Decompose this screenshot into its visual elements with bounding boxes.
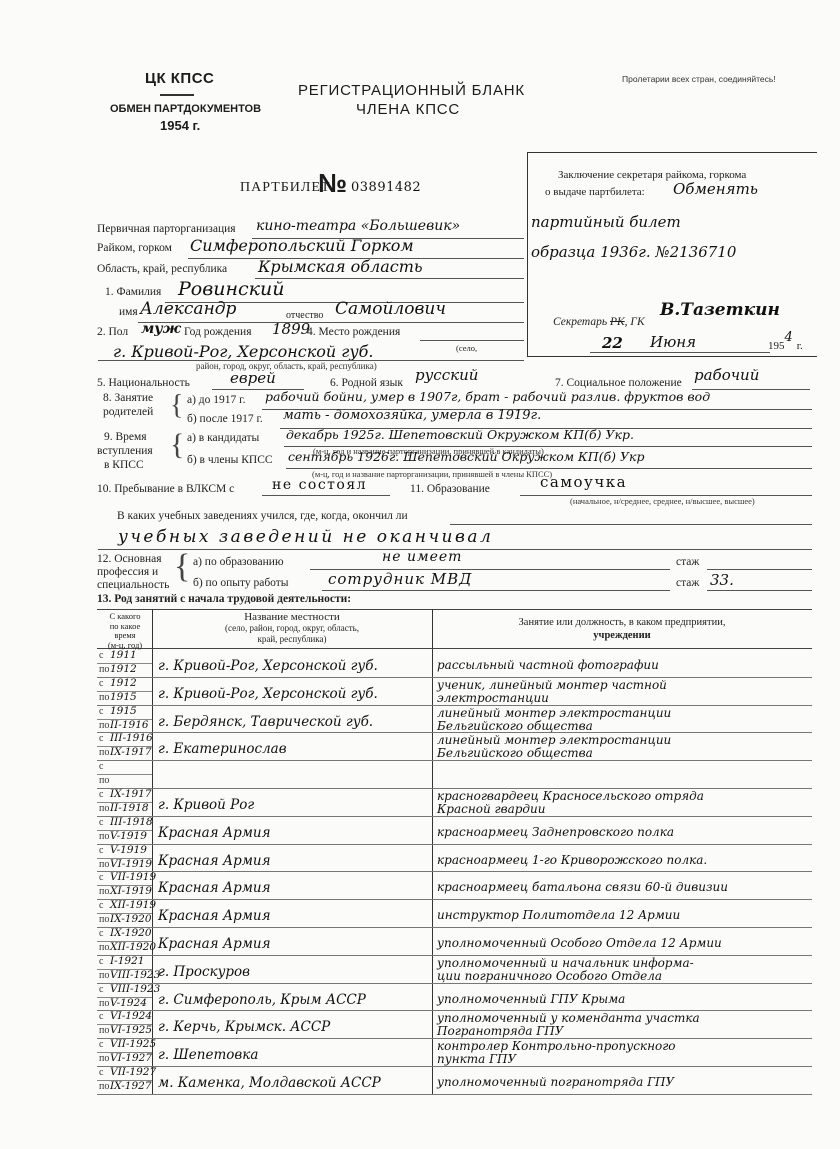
schools-value: учебных заведений не оканчивал: [118, 527, 493, 547]
row-prefix-from: с: [99, 1067, 103, 1078]
row-date-from: III-1918: [110, 816, 153, 828]
parents-a-value: рабочий бойни, умер в 1907г, брат - рабо…: [265, 389, 710, 404]
raikom-label: Райком, горком: [97, 242, 172, 254]
language-label: 6. Родной язык: [330, 377, 403, 389]
sex-label: 2. Пол: [97, 326, 128, 338]
secretary-box-bottom: [527, 356, 817, 357]
row-place: г. Кривой-Рог, Херсонской губ.: [158, 658, 378, 674]
row-place: Красная Армия: [158, 825, 271, 841]
vlksm-underline: [262, 495, 390, 496]
row-job-line-1: красноармеец Заднепровского полка: [437, 825, 674, 839]
parents-b-value: мать - домохозяйка, умерла в 1919г.: [283, 408, 541, 423]
row-job-line-2: Погранотряда ГПУ: [437, 1024, 563, 1038]
primary-org-value: кино-театра «Большевик»: [256, 218, 460, 234]
row-prefix-from: с: [99, 678, 103, 689]
row-date-from: VIII-1923: [110, 983, 160, 995]
col-place-hint-1: (село, район, город, округ, область,: [152, 623, 432, 634]
row-job-line-2: Бельгийского общества: [437, 719, 593, 733]
row-place: г. Симферополь, Крым АССР: [158, 992, 366, 1008]
row-date-from: IX-1920: [110, 927, 152, 939]
table-header-bottom: [97, 648, 812, 649]
form-title-line1: РЕГИСТРАЦИОННЫЙ БЛАНК: [298, 82, 525, 99]
row-job-line-1: уполномоченный погранотряда ГПУ: [437, 1075, 674, 1089]
language-value: русский: [415, 366, 478, 384]
year-suffix: 4: [785, 330, 793, 345]
row-prefix-to: по: [99, 970, 109, 981]
row-job-line-2: Красной гвардии: [437, 802, 545, 816]
row-date-from: III-1916: [110, 732, 153, 744]
row-job-line-1: уполномоченный ГПУ Крыма: [437, 992, 625, 1006]
secretary-signature: В.Тазеткин: [660, 300, 780, 320]
nationality-value: еврей: [230, 369, 276, 387]
parents-label-2: родителей: [103, 406, 153, 418]
oblast-value: Крымская область: [258, 257, 423, 276]
row-prefix-to: по: [99, 998, 109, 1009]
row-job-line-1: уполномоченный у коменданта участка: [437, 1011, 700, 1025]
prof-a-label: а) по образованию: [193, 556, 284, 568]
row-job-line-1: уполномоченный Особого Отдела 12 Армии: [437, 936, 722, 950]
row-prefix-from: с: [99, 900, 103, 911]
date-month: Июня: [650, 333, 696, 351]
rk-struck: РК: [610, 316, 625, 328]
secretary-box-left: [527, 152, 528, 356]
profession-label-2: профессия и: [97, 566, 158, 578]
date-year: 1954г.: [768, 338, 803, 353]
date-underline: [590, 352, 770, 353]
col-period-header: С какого по какое время (м-ц, год): [98, 612, 152, 650]
row-prefix-to: по: [99, 914, 109, 925]
row-date-from: XII-1919: [110, 899, 156, 911]
join-label-1: 9. Время: [104, 431, 147, 443]
prof-b-underline: [322, 590, 670, 591]
join-label-2: вступления: [97, 445, 153, 457]
row-place: г. Керчь, Крымск. АССР: [158, 1019, 330, 1035]
profession-brace: {: [174, 548, 190, 586]
join-brace: {: [170, 428, 184, 462]
row-job-line-1: уполномоченный и начальник информа-: [437, 956, 694, 970]
col-job-header: Занятие или должность, в каком предприят…: [432, 616, 812, 642]
row-place: г. Кривой Рог: [158, 797, 254, 813]
row-date-from: IX-1917: [110, 788, 152, 800]
row-date-to: 1915: [110, 691, 137, 703]
profession-label-3: специальность: [97, 579, 169, 591]
row-job-line-1: красногвардеец Красносельского отряда: [437, 789, 704, 803]
table-col-divider-1: [152, 609, 153, 1095]
col-place-hint-2: край, республика): [152, 634, 432, 645]
row-prefix-from: с: [99, 928, 103, 939]
row-place: м. Каменка, Молдавской АССР: [158, 1075, 381, 1091]
parents-brace: {: [170, 390, 183, 422]
row-date-from: 1911: [110, 649, 137, 661]
year-prefix: 195: [768, 340, 785, 352]
prof-a-value: не имеет: [382, 549, 462, 565]
birthplace-underline-1: [420, 340, 524, 341]
prof-b-stazh-label: стаж: [676, 577, 699, 589]
row-date-from: 1915: [110, 705, 137, 717]
row-prefix-to: по: [99, 831, 109, 842]
row-job-line-1: линейный монтер электростанции: [437, 733, 671, 747]
row-prefix-from: с: [99, 706, 103, 717]
row-prefix-from: с: [99, 789, 103, 800]
row-date-from: 1912: [110, 677, 137, 689]
join-a-value: декабрь 1925г. Шепетовский Окружком КП(б…: [286, 427, 634, 442]
parents-b-label: б) после 1917 г.: [187, 413, 263, 425]
row-place: г. Шепетовка: [158, 1047, 258, 1063]
row-date-from: VI-1924: [110, 1010, 152, 1022]
patronymic-value: Самойлович: [335, 299, 446, 319]
primary-org-label: Первичная парторганизация: [97, 223, 236, 235]
row-prefix-to: по: [99, 886, 109, 897]
row-prefix-to: по: [99, 775, 109, 786]
gk-label: , ГК: [625, 316, 645, 328]
prof-b-label: б) по опыту работы: [193, 577, 289, 589]
row-place: Красная Армия: [158, 853, 271, 869]
join-b-value: сентябрь 1926г. Шепетовский Окружком КП(…: [288, 449, 644, 464]
form-title-line2: ЧЛЕНА КПСС: [356, 101, 460, 118]
col-place-header: Название местности (село, район, город, …: [152, 612, 432, 645]
table-col-divider-2: [432, 609, 433, 1095]
birthplace-label: 4. Место рождения: [307, 326, 400, 338]
row-job-line-1: контролер Контрольно-пропускного: [437, 1039, 676, 1053]
org-underline: [160, 94, 194, 96]
row-prefix-from: с: [99, 1011, 103, 1022]
conclusion-line-1: Обменять: [673, 180, 758, 198]
row-job-line-2: пункта ГПУ: [437, 1052, 516, 1066]
schools-underline-1: [450, 524, 812, 525]
prof-a-stazh-underline: [707, 569, 812, 570]
secretary-box-title-2: о выдаче партбилета:: [545, 186, 645, 198]
secretary-box-top: [527, 152, 817, 153]
slogan: Пролетарии всех стран, соединяйтесь!: [622, 74, 776, 84]
row-place: г. Екатеринослав: [158, 741, 287, 757]
join-b-label: б) в члены КПСС: [187, 454, 273, 466]
row-job-line-1: красноармеец 1-го Криворожского полка.: [437, 853, 707, 867]
row-place: г. Бердянск, Таврической губ.: [158, 714, 373, 730]
row-job-line-2: электростанции: [437, 691, 549, 705]
row-prefix-from: с: [99, 845, 103, 856]
row-prefix-to: по: [99, 803, 109, 814]
vlksm-label: 10. Пребывание в ВЛКСМ с: [97, 483, 234, 495]
row-prefix-from: с: [99, 1039, 103, 1050]
row-date-to: V-1924: [110, 997, 147, 1009]
row-prefix-to: по: [99, 664, 109, 675]
row-date-from: V-1919: [110, 844, 147, 856]
row-job-line-1: линейный монтер электростанции: [437, 706, 671, 720]
birthplace-value: г. Кривой-Рог, Херсонской губ.: [113, 342, 374, 361]
row-date-to: II-1918: [110, 802, 149, 814]
birthplace-hint-a: (село,: [456, 343, 477, 353]
nationality-label: 5. Национальность: [97, 377, 190, 389]
surname-value: Ровинский: [178, 278, 285, 300]
row-prefix-to: по: [99, 720, 109, 731]
row-date-to: V-1919: [110, 830, 147, 842]
social-value: рабочий: [694, 366, 759, 384]
row-job-line-2: Бельгийского общества: [437, 746, 593, 760]
row-date-to: VI-1927: [110, 1052, 152, 1064]
row-date-from: VII-1919: [110, 871, 156, 883]
row-date-to: IX-1927: [110, 1080, 152, 1092]
row-date-to: VI-1919: [110, 858, 152, 870]
prof-a-stazh-label: стаж: [676, 556, 699, 568]
year-g: г.: [797, 340, 803, 352]
row-date-to: XII-1920: [110, 941, 156, 953]
exchange-title: ОБМЕН ПАРТДОКУМЕНТОВ: [110, 103, 261, 115]
row-date-to: IX-1917: [110, 746, 152, 758]
education-hint: (начальное, н/среднее, среднее, н/высшее…: [570, 496, 755, 506]
row-date-from: VII-1927: [110, 1066, 156, 1078]
row-prefix-to: по: [99, 747, 109, 758]
oblast-label: Область, край, республика: [97, 263, 227, 275]
join-a-label: а) в кандидаты: [187, 432, 259, 444]
sex-value: муж: [141, 321, 181, 337]
surname-label: 1. Фамилия: [105, 286, 161, 298]
date-day: 22: [602, 334, 623, 352]
prof-b-value: сотрудник МВД: [328, 570, 472, 588]
row-bottom-line: [97, 871, 812, 872]
row-job-line-1: ученик, линейный монтер частной: [437, 678, 667, 692]
row-place: Красная Армия: [158, 936, 271, 952]
row-prefix-to: по: [99, 942, 109, 953]
exchange-year: 1954 г.: [160, 118, 200, 133]
row-bottom-line: [97, 1094, 812, 1095]
row-prefix-to: по: [99, 1081, 109, 1092]
partbilet-label: ПАРТБИЛЕТ: [240, 180, 330, 196]
col-job-title-2: учреждении: [432, 629, 812, 642]
row-place: Красная Армия: [158, 908, 271, 924]
row-prefix-from: с: [99, 956, 103, 967]
row-prefix-from: с: [99, 984, 103, 995]
partbilet-number: 03891482: [351, 180, 421, 195]
vlksm-value: не состоял: [272, 477, 367, 493]
row-prefix-from: с: [99, 817, 103, 828]
row-prefix-to: по: [99, 859, 109, 870]
col-place-title: Название местности: [152, 612, 432, 623]
row-job-line-1: красноармеец батальона связи 60-й дивизи…: [437, 880, 728, 894]
parents-a-label: а) до 1917 г.: [187, 394, 245, 406]
row-date-to: VIII-1923: [110, 969, 160, 981]
conclusion-line-2: партийный билет: [531, 213, 681, 231]
name-value: Александр: [140, 299, 236, 319]
prof-b-stazh-value: 33.: [710, 571, 734, 589]
profession-label-1: 12. Основная: [97, 553, 162, 565]
conclusion-line-3: образца 1936г. №2136710: [531, 243, 736, 261]
row-date-from: I-1921: [110, 955, 144, 967]
row-prefix-from: с: [99, 733, 103, 744]
row-date-to: II-1916: [110, 719, 149, 731]
row-place: Красная Армия: [158, 880, 271, 896]
row-job-line-1: рассыльный частной фотографии: [437, 658, 659, 672]
row-bottom-line: [97, 899, 812, 900]
birthplace-hint-b: район, город, округ, область, край, респ…: [196, 361, 377, 371]
name-underline: [138, 322, 524, 323]
raikom-value: Симферопольский Горком: [190, 236, 414, 255]
number-sign: №: [318, 168, 347, 199]
row-date-from: VII-1925: [110, 1038, 156, 1050]
row-job-line-2: ции пограничного Особого Отдела: [437, 969, 662, 983]
secretary-label: Секретарь РК, ГК: [553, 316, 645, 328]
birthyear-label: Год рождения: [184, 326, 252, 338]
row-bottom-line: [97, 927, 812, 928]
row-place: г. Кривой-Рог, Херсонской губ.: [158, 686, 378, 702]
education-value: самоучка: [540, 473, 627, 491]
row-date-to: 1912: [110, 663, 137, 675]
row-prefix-to: по: [99, 1053, 109, 1064]
parents-label-1: 8. Занятие: [103, 392, 153, 404]
row-prefix-to: по: [99, 1025, 109, 1036]
row-bottom-line: [97, 844, 812, 845]
join-label-3: в КПСС: [104, 459, 144, 471]
education-label: 11. Образование: [410, 483, 490, 495]
prof-b-stazh-underline: [707, 590, 812, 591]
org-title: ЦК КПСС: [145, 70, 214, 87]
row-prefix-to: по: [99, 692, 109, 703]
row-job-line-1: инструктор Политотдела 12 Армии: [437, 908, 680, 922]
birthyear-value: 1899: [272, 320, 310, 338]
schools-label: В каких учебных заведениях учился, где, …: [117, 510, 408, 522]
row-prefix-from: с: [99, 761, 103, 772]
name-label: имя: [119, 306, 138, 318]
col-job-title-1: Занятие или должность, в каком предприят…: [432, 616, 812, 629]
oblast-underline: [255, 278, 524, 279]
work-history-title: 13. Род занятий с начала трудовой деятел…: [97, 593, 351, 605]
row-prefix-from: с: [99, 650, 103, 661]
table-top-border: [97, 609, 812, 610]
row-date-to: VI-1925: [110, 1024, 152, 1036]
row-date-to: IX-1920: [110, 913, 152, 925]
social-label: 7. Социальное положение: [555, 377, 682, 389]
row-place: г. Проскуров: [158, 964, 250, 980]
secretary-label-text: Секретарь: [553, 316, 607, 328]
row-date-to: XI-1919: [110, 885, 152, 897]
row-prefix-from: с: [99, 872, 103, 883]
